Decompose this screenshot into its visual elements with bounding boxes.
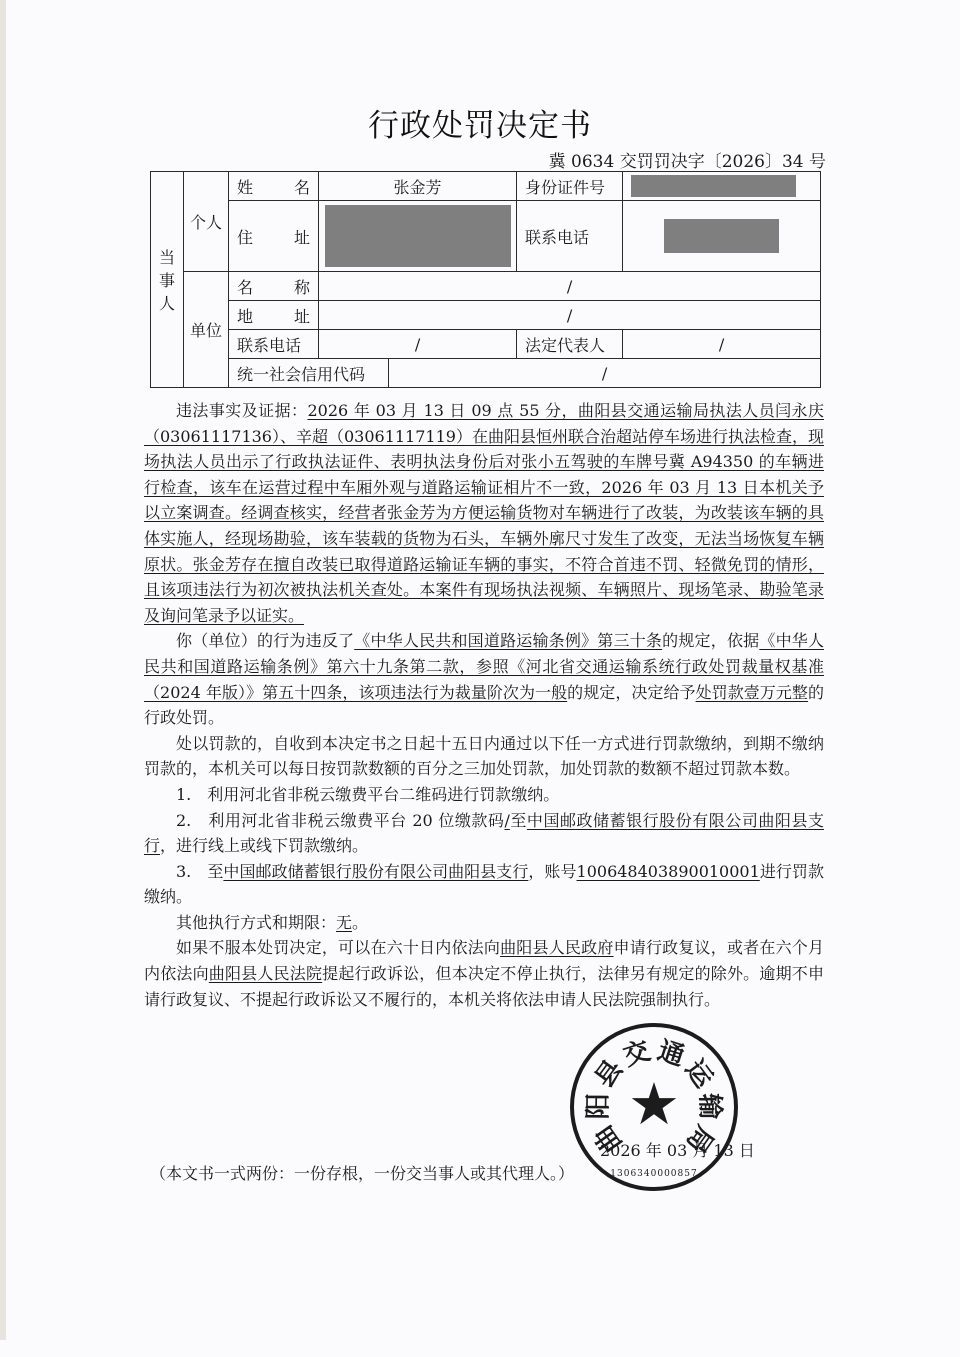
- official-seal: ★ 1306340000857 曲阳县交通运输局: [570, 1023, 738, 1191]
- bank-account: 100648403890010001: [577, 862, 760, 881]
- court: 曲阳县人民法院: [209, 964, 322, 983]
- unit-label: 单位: [184, 272, 229, 388]
- review-body: 曲阳县人民政府: [500, 938, 613, 957]
- legal-rep-label: 法定代表人: [517, 330, 623, 359]
- address-label: 住址: [229, 201, 319, 272]
- unit-name-label: 名称: [229, 272, 319, 301]
- redaction-box: [664, 219, 779, 253]
- id-label: 身份证件号: [517, 172, 623, 201]
- paper-edge: [0, 0, 6, 1340]
- unit-address-label: 地址: [229, 301, 319, 330]
- seal-character: 县: [585, 1051, 630, 1094]
- payment-method-3: 3. 至中国邮政储蓄银行股份有限公司曲阳县支行，账号10064840389001…: [144, 859, 824, 910]
- individual-label: 个人: [184, 172, 229, 272]
- document-title: 行政处罚决定书: [0, 100, 960, 145]
- redaction-box: [325, 205, 511, 267]
- violation-paragraph: 你（单位）的行为违反了《中华人民共和国道路运输条例》第三十条的规定，依据《中华人…: [144, 628, 824, 730]
- seal-character: 交: [618, 1030, 654, 1073]
- footnote: （本文书一式两份：一份存根，一份交当事人或其代理人。）: [150, 1161, 574, 1184]
- issue-date: 2026 年 03 月 13 日: [600, 1138, 755, 1161]
- unit-phone-value: /: [319, 330, 517, 359]
- violated-provision: 《中华人民共和国道路运输条例》第三十条: [354, 631, 662, 650]
- id-value: [623, 172, 821, 201]
- facts-text: 2026 年 03 月 13 日 09 点 55 分，曲阳县交通运输局执法人员闫…: [144, 401, 824, 625]
- other-execution: 其他执行方式和期限：无。: [144, 910, 824, 936]
- star-icon: ★: [628, 1075, 680, 1133]
- party-info-table: 当事人 个人 姓名 张金芳 身份证件号 住址 联系电话 单位 名称 / 地址 /…: [150, 171, 821, 388]
- unit-name-value: /: [319, 272, 821, 301]
- facts-paragraph: 违法事实及证据：2026 年 03 月 13 日 09 点 55 分，曲阳县交通…: [144, 398, 824, 628]
- phone-value: [623, 201, 821, 272]
- credit-code-value: /: [389, 359, 821, 388]
- appeal-paragraph: 如果不服本处罚决定，可以在六十日内依法向曲阳县人民政府申请行政复议，或者在六个月…: [144, 935, 824, 1012]
- payment-bank: 中国邮政储蓄银行股份有限公司曲阳县支行: [223, 862, 528, 881]
- seal-character: 阳: [577, 1093, 614, 1119]
- decision-body: 违法事实及证据：2026 年 03 月 13 日 09 点 55 分，曲阳县交通…: [144, 398, 824, 1012]
- address-value: [319, 201, 517, 272]
- credit-code-label: 统一社会信用代码: [229, 359, 389, 388]
- redaction-box: [631, 175, 796, 197]
- unit-phone-label: 联系电话: [229, 330, 319, 359]
- phone-label: 联系电话: [517, 201, 623, 272]
- name-label: 姓名: [229, 172, 319, 201]
- seal-character: 输: [693, 1093, 730, 1119]
- seal-character: 运: [678, 1051, 723, 1094]
- name-value: 张金芳: [319, 172, 517, 201]
- payment-method-1: 1. 利用河北省非税云缴费平台二维码进行罚款缴纳。: [144, 782, 824, 808]
- legal-rep-value: /: [623, 330, 821, 359]
- document-number: 冀 0634 交罚罚决字〔2026〕34 号: [549, 147, 826, 172]
- payment-method-2: 2. 利用河北省非税云缴费平台 20 位缴款码/至中国邮政储蓄银行股份有限公司曲…: [144, 808, 824, 859]
- facts-label: 违法事实及证据：: [176, 401, 307, 420]
- unit-address-value: /: [319, 301, 821, 330]
- seal-code: 1306340000857: [610, 1169, 697, 1179]
- penalty: 处罚款壹万元整: [696, 683, 808, 702]
- payment-intro: 处以罚款的，自收到本决定书之日起十五日内通过以下任一方式进行罚款缴纳，到期不缴纳…: [144, 731, 824, 782]
- party-label: 当事人: [151, 172, 184, 388]
